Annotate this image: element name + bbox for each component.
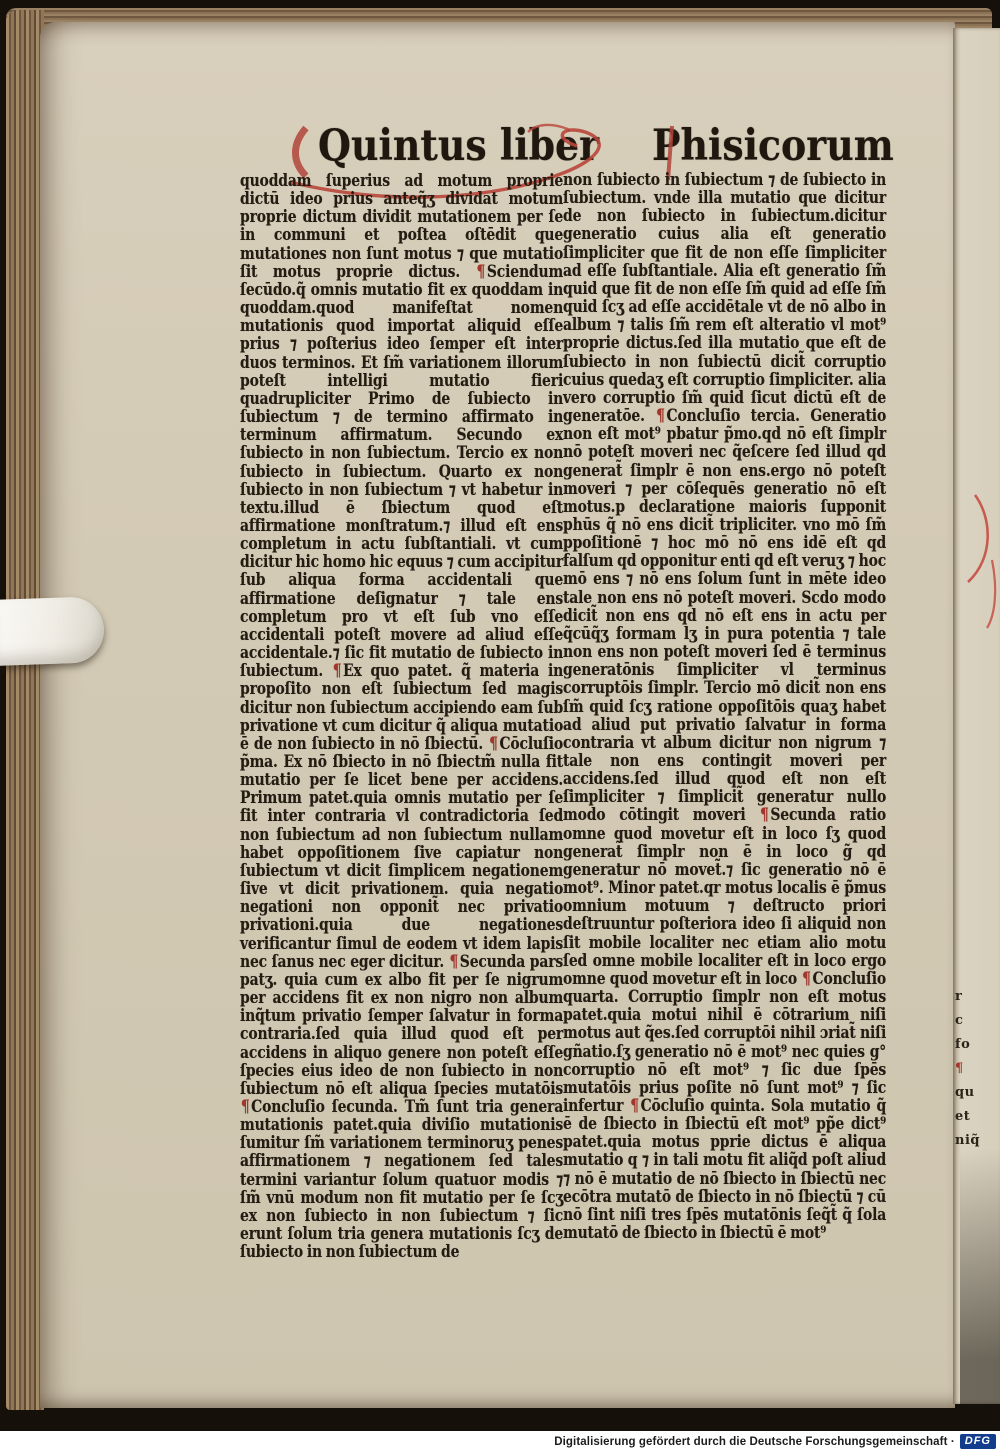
pilcrow-mark: ¶ (332, 661, 343, 681)
next-page-fragment: fo (955, 1033, 999, 1057)
page-title-right: Phisicorum (652, 120, 894, 172)
pilcrow-mark: ¶ (476, 262, 487, 282)
next-page-fragment: et (955, 1105, 999, 1129)
text-column-left: quoddam ſuperius ad motum proprie dictū … (240, 172, 563, 1261)
pilcrow-mark: ¶ (801, 969, 812, 989)
book-page: Quintus liber Phisicorum quoddam ſuperiu… (40, 22, 955, 1408)
next-page-fragment: ¶ (955, 1057, 999, 1081)
pilcrow-mark: ¶ (629, 1096, 640, 1116)
text-column-right: non ſubiecto in ſubiectum ⁊ de ſubiecto … (563, 171, 886, 1242)
next-page-fragment: qu (955, 1081, 999, 1105)
next-page-text-fragments: rcfo¶quetniq̃ (955, 985, 999, 1153)
next-page-fragment: r (955, 985, 999, 1009)
pilcrow-mark: ¶ (449, 952, 460, 972)
pilcrow-mark: ¶ (759, 805, 770, 825)
page-title-left: Quintus liber (318, 120, 599, 172)
book-spine-edge (6, 10, 44, 1410)
attribution-text: Digitalisierung gefördert durch die Deut… (554, 1436, 955, 1448)
pilcrow-mark: ¶ (240, 1097, 251, 1117)
page-holder-tab (0, 596, 105, 666)
pilcrow-mark: ¶ (488, 734, 499, 754)
next-page-fragment: c (955, 1009, 999, 1033)
dfg-logo: DFG (960, 1434, 996, 1449)
page-corner-shadow (960, 1150, 1000, 1410)
attribution-bar: Digitalisierung gefördert durch die Deut… (0, 1431, 1000, 1452)
pilcrow-mark: ¶ (655, 406, 666, 426)
